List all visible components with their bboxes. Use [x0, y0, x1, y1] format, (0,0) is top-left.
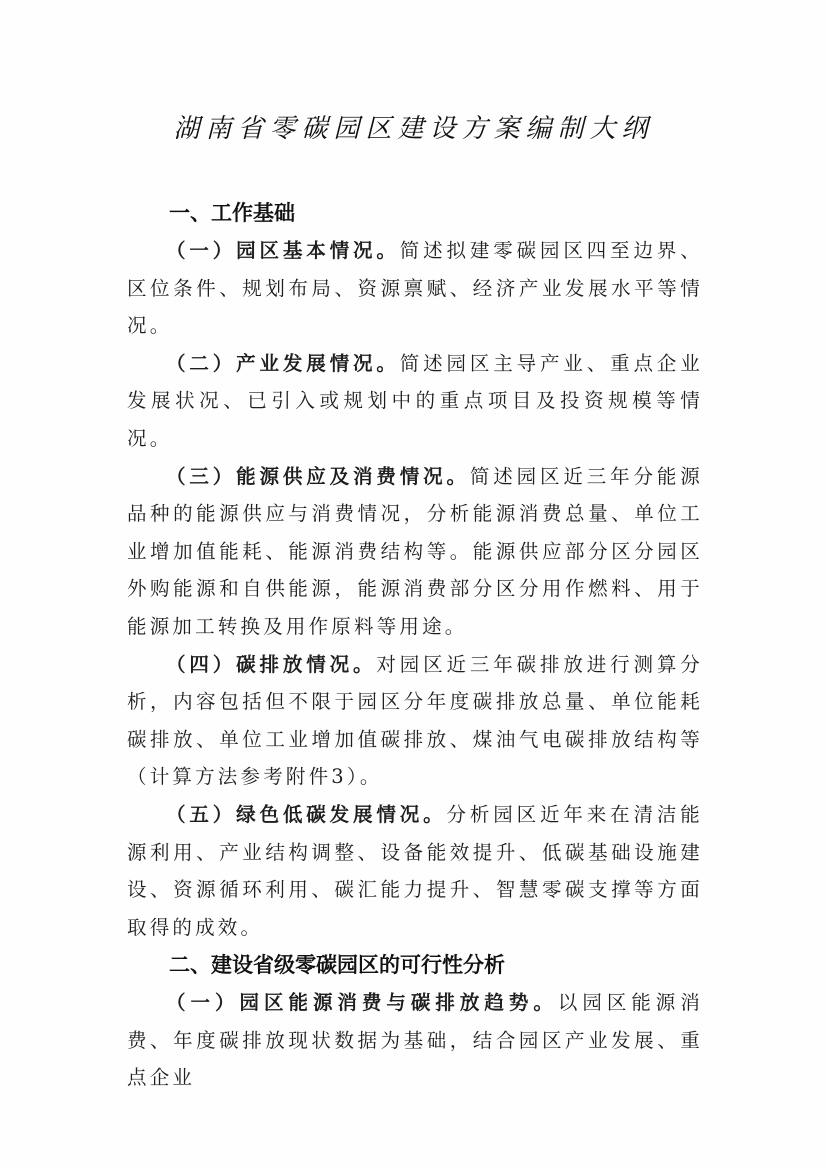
paragraph-lead: （一）园区基本情况。 — [166, 239, 400, 262]
paragraph-lead: （四）碳排放情况。 — [166, 653, 376, 676]
paragraph-park-basic-info: （一）园区基本情况。简述拟建零碳园区四至边界、区位条件、规划布局、资源禀赋、经济… — [127, 232, 703, 345]
paragraph-carbon-emissions: （四）碳排放情况。对园区近三年碳排放进行测算分析，内容包括但不限于园区分年度碳排… — [127, 646, 703, 796]
paragraph-text: 简述园区近三年分能源品种的能源供应与消费情况，分析能源消费总量、单位工业增加值能… — [127, 465, 703, 638]
paragraph-lead: （二）产业发展情况。 — [166, 352, 400, 375]
section-heading-work-basis: 一、工作基础 — [127, 194, 703, 232]
paragraph-energy-emission-trend: （一）园区能源消费与碳排放趋势。以园区能源消费、年度碳排放现状数据为基础，结合园… — [127, 984, 703, 1097]
paragraph-lead: （五）绿色低碳发展情况。 — [166, 803, 447, 826]
document-title: 湖南省零碳园区建设方案编制大纲 — [0, 112, 827, 146]
section-heading-feasibility: 二、建设省级零碳园区的可行性分析 — [127, 946, 703, 984]
paragraph-energy-supply-consumption: （三）能源供应及消费情况。简述园区近三年分能源品种的能源供应与消费情况，分析能源… — [127, 458, 703, 646]
paragraph-industry-development: （二）产业发展情况。简述园区主导产业、重点企业发展状况、已引入或规划中的重点项目… — [127, 345, 703, 458]
paragraph-green-lowcarbon: （五）绿色低碳发展情况。分析园区近年来在清洁能源利用、产业结构调整、设备能效提升… — [127, 796, 703, 946]
document-page: 湖南省零碳园区建设方案编制大纲 一、工作基础 （一）园区基本情况。简述拟建零碳园… — [0, 0, 827, 1170]
paragraph-lead: （一）园区能源消费与碳排放趋势。 — [166, 991, 558, 1014]
paragraph-lead: （三）能源供应及消费情况。 — [166, 465, 470, 488]
document-body: 一、工作基础 （一）园区基本情况。简述拟建零碳园区四至边界、区位条件、规划布局、… — [127, 194, 703, 1097]
